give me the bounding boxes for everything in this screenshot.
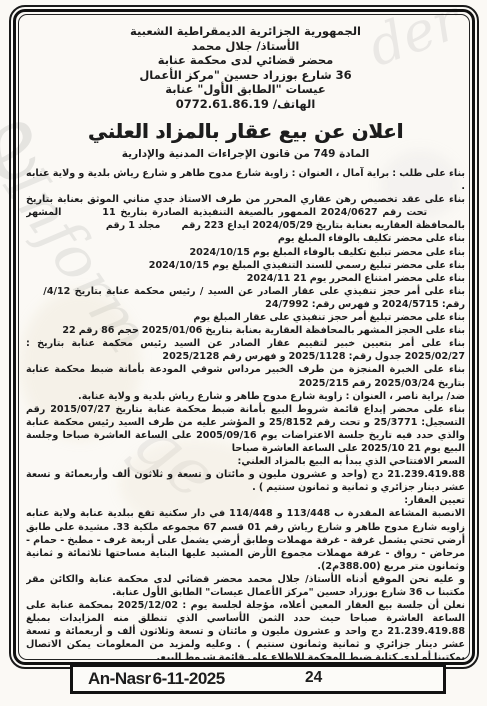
issue-date: 6-11-2025	[153, 669, 225, 688]
body-paragraph: بناء على محضر امتناع المحرر يوم 21 2024/…	[26, 272, 465, 285]
body-paragraph: بناء على الحجز المشهر بالمحافظة العقارية…	[26, 324, 465, 337]
body-paragraph: بناء على محضر إيداع قائمة شروط البيع بأم…	[26, 403, 465, 455]
body-paragraph: تعيين العقار:	[26, 494, 465, 507]
officer-title: محضر قضائي لدى محكمة عنابة	[26, 53, 465, 68]
body-paragraph: بناء على الخبرة المنجزة من طرف الخبير مر…	[26, 363, 465, 389]
newspaper-name-and-date: An-Nasr6-11-2025	[88, 669, 225, 689]
phone-line: الهاتف/ 0772.61.86.19	[26, 97, 465, 112]
officer-name: الأستاذ/ جلال محمد	[26, 39, 465, 54]
letterhead: الجمهورية الجزائرية الديمقراطية الشعبية …	[26, 24, 465, 111]
body-paragraph: بناء على طلب : براية آمال ، العنوان : زا…	[26, 167, 465, 193]
page-number: 24	[305, 669, 322, 687]
footer-box: An-Nasr6-11-2025 24	[70, 664, 446, 694]
body-paragraph: و عليه نحن الموقع أدناه الأستاذ/ جلال مح…	[26, 573, 465, 599]
notice-body: بناء على طلب : براية آمال ، العنوان : زا…	[26, 167, 465, 660]
body-paragraph: بناء على أمر حجز تنفيذي على عقار الصادر …	[26, 285, 465, 311]
phone-label: الهاتف/	[273, 97, 315, 111]
page-title: اعلان عن بيع عقار بالمزاد العلني	[26, 120, 465, 144]
notice-content: الجمهورية الجزائرية الديمقراطية الشعبية …	[26, 24, 465, 660]
body-paragraph: بناء على محضر تكليف بالوفاء المبلغ يوم	[26, 232, 465, 245]
body-paragraph: نعلن أن جلسة بيع العقار المعين أعلاه، مؤ…	[26, 599, 465, 660]
body-paragraph: بناء على عقد تخصيص رهن عقاري المحرر من ط…	[26, 193, 465, 232]
body-paragraph: بناء على محضر تبليغ رسمي للسند التنفيذي …	[26, 259, 465, 272]
phone-number: 0772.61.86.19	[176, 97, 269, 111]
body-paragraph: الانصبة المشاعة المقدرة ب 113/448 و 114/…	[26, 507, 465, 572]
body-paragraph: بناء على محضر تبليغ أمر حجز تنفيذي على ع…	[26, 311, 465, 324]
body-paragraph: بناء على محضر تبليغ تكليف بالوفاء المبلغ…	[26, 246, 465, 259]
republic-line: الجمهورية الجزائرية الديمقراطية الشعبية	[26, 24, 465, 39]
office-address-line1: 36 شارع بوزراد حسين "مركز الأعمال	[26, 68, 465, 83]
page-subtitle: المادة 749 من قانون الإجراءات المدنية وا…	[26, 148, 465, 160]
office-address-line2: عيسات "الطابق الأول" عنابة	[26, 82, 465, 97]
body-paragraph: ضد/ براية ناصر ، العنوان : زاوية شارع مد…	[26, 390, 465, 403]
body-paragraph: السعر الافتتاحي الذي يبدأ به البيع بالمز…	[26, 455, 465, 468]
scanned-legal-notice: { "colors": { "paper": "#fbf9f5", "ink":…	[0, 0, 487, 706]
body-paragraph: بناء على أمر بتعيين خبير لتقييم عقار الص…	[26, 337, 465, 363]
body-paragraph: 21.239.419.88 دج (واحد و عشرون مليون و م…	[26, 468, 465, 494]
newspaper-name: An-Nasr	[88, 669, 151, 688]
